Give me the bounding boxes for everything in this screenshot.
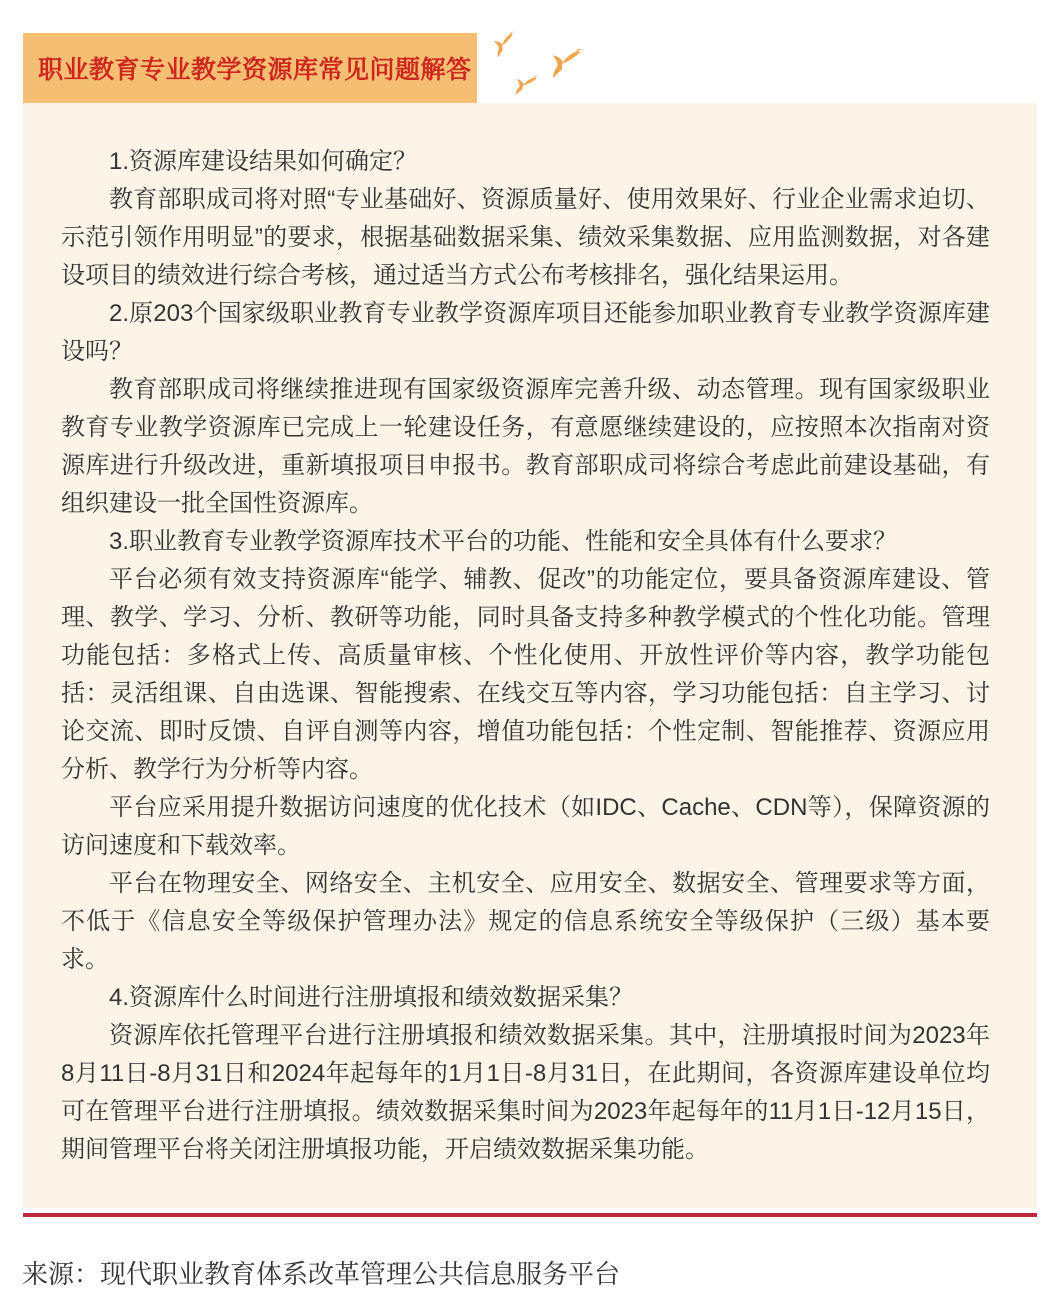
- faq-answer-3-performance: 平台应采用提升数据访问速度的优化技术（如IDC、Cache、CDN等），保障资源…: [61, 789, 990, 865]
- faq-answer-3-security: 平台在物理安全、网络安全、主机安全、应用安全、数据安全、管理要求等方面，不低于《…: [61, 865, 990, 979]
- faq-answer-4: 资源库依托管理平台进行注册填报和绩效数据采集。其中，注册填报时间为2023年8月…: [61, 1017, 990, 1169]
- faq-question-1: 1.资源库建设结果如何确定？: [61, 143, 990, 181]
- bird-icon: [543, 43, 587, 83]
- faq-answer-2: 教育部职成司将继续推进现有国家级资源库完善升级、动态管理。现有国家级职业教育专业…: [61, 371, 990, 523]
- faq-answer-3-functions: 平台必须有效支持资源库“能学、辅教、促改”的功能定位，要具备资源库建设、管理、教…: [61, 561, 990, 789]
- faq-question-3: 3.职业教育专业教学资源库技术平台的功能、性能和安全具体有什么要求？: [61, 523, 990, 561]
- faq-question-2: 2.原203个国家级职业教育专业教学资源库项目还能参加职业教育专业教学资源库建设…: [61, 295, 990, 371]
- source-line: 来源：现代职业教育体系改革管理公共信息服务平台: [22, 1254, 620, 1291]
- faq-content: 1.资源库建设结果如何确定？ 教育部职成司将对照“专业基础好、资源质量好、使用效…: [61, 143, 990, 1169]
- bird-icon: [508, 70, 541, 101]
- bottom-rule: [23, 1213, 1037, 1217]
- faq-answer-1: 教育部职成司将对照“专业基础好、资源质量好、使用效果好、行业企业需求迫切、示范引…: [61, 181, 990, 295]
- article-page: { "banner": { "title": "职业教育专业教学资源库常见问题解…: [0, 0, 1064, 1308]
- title-banner: 职业教育专业教学资源库常见问题解答: [23, 33, 477, 103]
- faq-question-4: 4.资源库什么时间进行注册填报和绩效数据采集？: [61, 979, 990, 1017]
- page-title: 职业教育专业教学资源库常见问题解答: [38, 50, 472, 86]
- bird-icon: [488, 31, 521, 60]
